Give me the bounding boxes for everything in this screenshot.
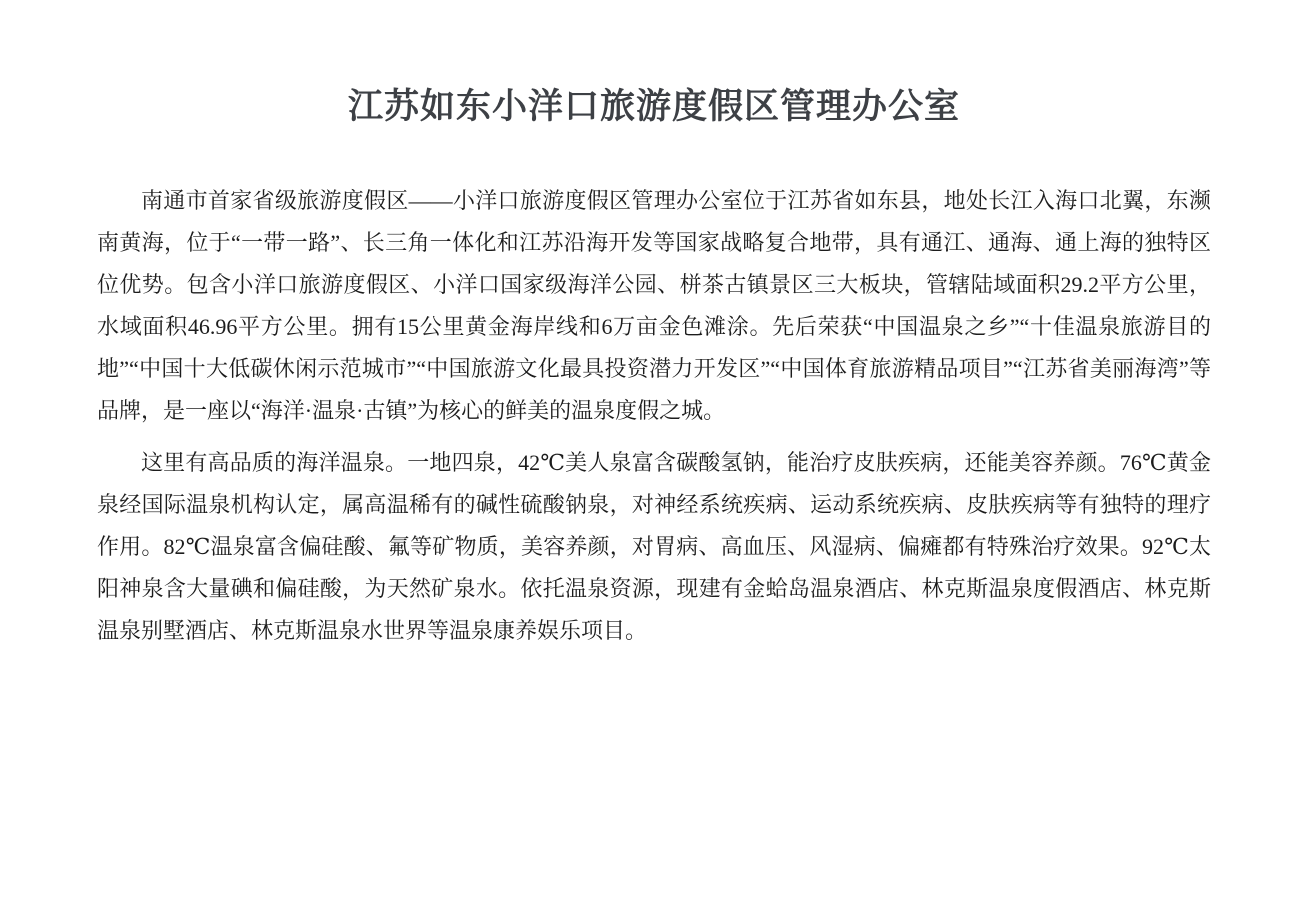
document-page: 江苏如东小洋口旅游度假区管理办公室 南通市首家省级旅游度假区——小洋口旅游度假区…	[0, 0, 1299, 900]
document-title: 江苏如东小洋口旅游度假区管理办公室	[97, 0, 1211, 128]
paragraph-hot-springs: 这里有高品质的海洋温泉。一地四泉，42℃美人泉富含碳酸氢钠，能治疗皮肤疾病，还能…	[97, 442, 1211, 652]
paragraph-resort-overview: 南通市首家省级旅游度假区——小洋口旅游度假区管理办公室位于江苏省如东县，地处长江…	[97, 180, 1211, 432]
